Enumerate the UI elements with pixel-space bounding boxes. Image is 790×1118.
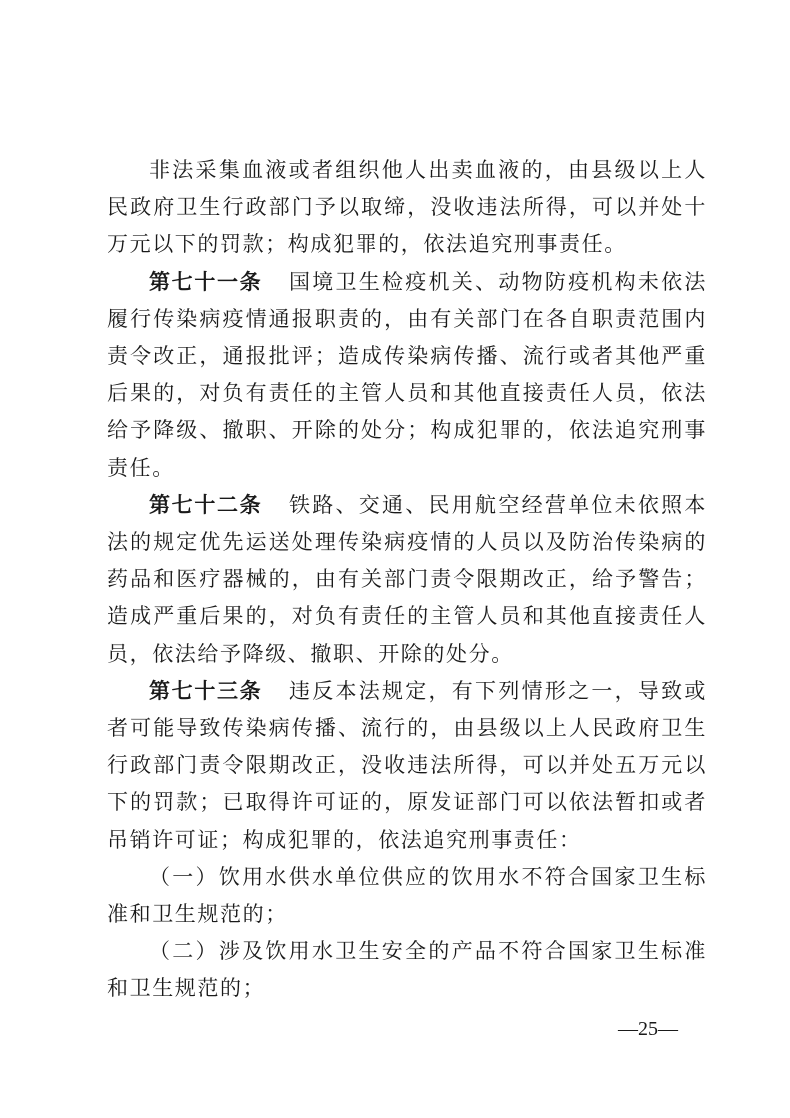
article-72: 第七十二条铁路、交通、民用航空经营单位未依照本法的规定优先运送处理传染病疫情的人…	[107, 487, 707, 673]
article-text: 违反本法规定，有下列情形之一，导致或者可能导致传染病传播、流行的，由县级以上人民…	[107, 679, 707, 852]
article-text: 铁路、交通、民用航空经营单位未依照本法的规定优先运送处理传染病疫情的人员以及防治…	[107, 493, 707, 666]
paragraph-text: 非法采集血液或者组织他人出卖血液的，由县级以上人民政府卫生行政部门予以取缔，没收…	[107, 158, 707, 256]
document-page: 非法采集血液或者组织他人出卖血液的，由县级以上人民政府卫生行政部门予以取缔，没收…	[107, 152, 707, 1008]
paragraph-blood-collection: 非法采集血液或者组织他人出卖血液的，由县级以上人民政府卫生行政部门予以取缔，没收…	[107, 152, 707, 264]
article-heading: 第七十一条	[149, 270, 262, 294]
article-text: 国境卫生检疫机关、动物防疫机构未依法履行传染病疫情通报职责的，由有关部门在各自职…	[107, 270, 707, 480]
item-1: （一）饮用水供水单位供应的饮用水不符合国家卫生标准和卫生规范的；	[107, 859, 707, 933]
article-heading: 第七十二条	[149, 493, 262, 517]
page-number: —25—	[618, 1018, 678, 1041]
article-heading: 第七十三条	[149, 679, 262, 703]
item-text: （一）饮用水供水单位供应的饮用水不符合国家卫生标准和卫生规范的；	[107, 865, 707, 926]
article-71: 第七十一条国境卫生检疫机关、动物防疫机构未依法履行传染病疫情通报职责的，由有关部…	[107, 264, 707, 487]
item-text: （二）涉及饮用水卫生安全的产品不符合国家卫生标准和卫生规范的；	[107, 939, 707, 1000]
article-73: 第七十三条违反本法规定，有下列情形之一，导致或者可能导致传染病传播、流行的，由县…	[107, 673, 707, 859]
item-2: （二）涉及饮用水卫生安全的产品不符合国家卫生标准和卫生规范的；	[107, 933, 707, 1007]
